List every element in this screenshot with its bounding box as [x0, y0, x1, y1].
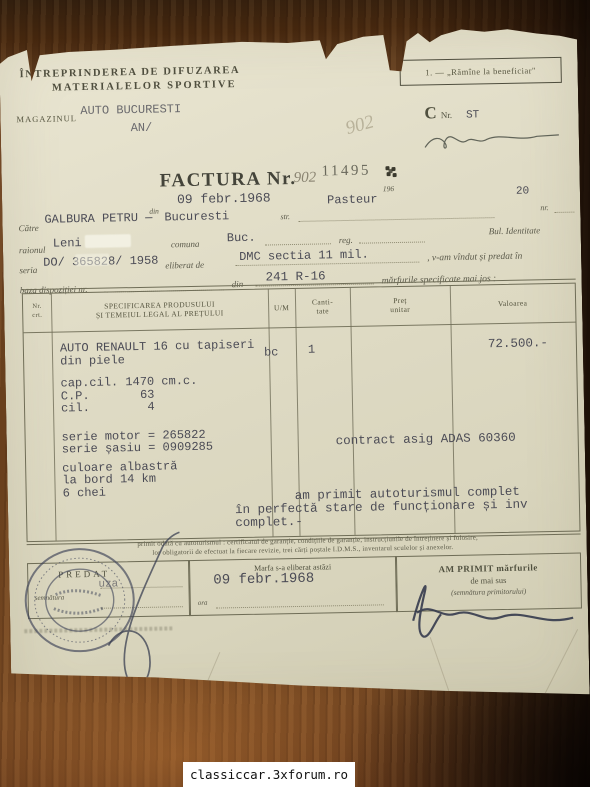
reg-dotted-line — [359, 240, 425, 243]
item-bord: la bord 14 km — [62, 472, 156, 488]
round-stamp — [14, 532, 208, 721]
photo-of-invoice: ÎNTREPRINDEREA DE DIFUZAREA MATERIALELOR… — [0, 0, 590, 787]
magazinul-value: AUTO BUCURESTI — [80, 102, 181, 118]
c-value: ST — [466, 109, 479, 121]
item-chei: 6 chei — [63, 486, 106, 501]
beneficiary-note: 1. — „Rămîne la beneficiar" — [425, 65, 536, 77]
letterhead-line1: ÎNTREPRINDEREA DE DIFUZAREA — [20, 65, 241, 80]
raionul-label: raionul — [19, 245, 46, 256]
nr-label: nr. — [540, 203, 548, 212]
year-printed: 196 — [383, 184, 394, 193]
reg-label: reg. — [339, 235, 353, 245]
ora-dotted-line — [216, 603, 384, 608]
comuna-value: Buc. — [227, 231, 256, 246]
watermark-bar: classiccar.3xforum.ro — [183, 762, 355, 787]
letterhead-line2: MATERIALELOR SPORTIVE — [52, 79, 237, 94]
eliberare-box: Marfa s-a eliberat astăzi 09 febr.1968 o… — [188, 556, 398, 616]
str-dotted-line — [298, 216, 494, 222]
signature-top-right — [419, 125, 570, 158]
item-spec-3: cil. 4 — [61, 400, 155, 416]
comuna-label: comuna — [171, 239, 200, 250]
identity-label: Bul. Identitate — [489, 225, 541, 236]
beneficiary-note-box: 1. — „Rămîne la beneficiar" — [399, 57, 561, 86]
seria-label: seria — [19, 265, 37, 275]
ink-stamp-mark — [385, 166, 389, 170]
str-label: str. — [280, 212, 290, 221]
factura-title: FACTURA Nr. — [159, 168, 296, 193]
item-serie-sasiu: serie șasiu = 0909285 — [62, 440, 213, 457]
marfa-date: 09 febr.1968 — [213, 571, 314, 589]
goods-table: Nr. crt. SPECIFICAREA PRODUSULUI ȘI TEME… — [22, 283, 581, 543]
c-nr-label: Nr. — [441, 110, 452, 120]
received-note-2: în perfectă stare de funcționare și inv — [235, 498, 528, 518]
item-desc-2: din piele — [60, 353, 125, 368]
header-um: U/M — [268, 303, 295, 313]
magazinul-label: MAGAZINUL — [16, 113, 77, 124]
item-qty: 1 — [308, 343, 315, 357]
header-crt: crt. — [23, 312, 51, 320]
table-header-rule — [24, 322, 576, 334]
header-cantitate-2: tate — [295, 306, 350, 316]
correction-smudge-seria — [75, 254, 109, 267]
sold-text: , v-am vîndut și predat în — [427, 252, 522, 264]
addressee-city: Bucuresti — [164, 209, 229, 224]
item-um: bc — [264, 345, 279, 359]
crease-line — [541, 629, 578, 701]
street-value: Pasteur — [327, 192, 378, 207]
item-contract: contract asig ADAS 60360 — [336, 431, 516, 448]
eliberat-label: eliberat de — [165, 260, 204, 271]
c-label: C — [424, 103, 437, 122]
crease-line — [430, 637, 454, 703]
signature-receiver — [398, 572, 581, 641]
an-value: AN/ — [131, 121, 153, 135]
item-desc-1: AUTO RENAULT 16 cu tapiseri — [60, 338, 255, 356]
header-nr: Nr. — [23, 303, 51, 311]
item-value: 72.500.- — [488, 336, 548, 351]
comuna-dotted-line — [265, 242, 331, 245]
addressee-name: GALBURA PETRU — — [44, 211, 152, 227]
watermark-text: classiccar.3xforum.ro — [190, 767, 348, 782]
header-pret-2: unitar — [350, 304, 450, 315]
header-valoarea: Valoarea — [450, 298, 575, 309]
din-label: din — [149, 207, 159, 216]
factura-handwritten-nr: 902 — [294, 170, 317, 187]
nr-dotted-line — [554, 211, 574, 213]
raion-value: Leni — [53, 236, 82, 251]
invoice-date: 09 febr.1968 — [177, 190, 271, 207]
correction-smudge-raion — [85, 234, 131, 248]
received-note-3: complet.- — [235, 515, 303, 530]
signature-deliverer — [106, 532, 182, 686]
catre-label: Către — [18, 223, 38, 233]
din-value: 241 R-16 — [265, 269, 325, 284]
house-number: 20 — [516, 185, 529, 197]
invoice-paper: ÎNTREPRINDEREA DE DIFUZAREA MATERIALELOR… — [0, 25, 590, 716]
primit-box: AM PRIMIT mărfurile de mai sus (semnătur… — [395, 553, 582, 613]
factura-serial: 11495 — [321, 162, 371, 180]
pencil-number: 902 — [343, 111, 376, 140]
